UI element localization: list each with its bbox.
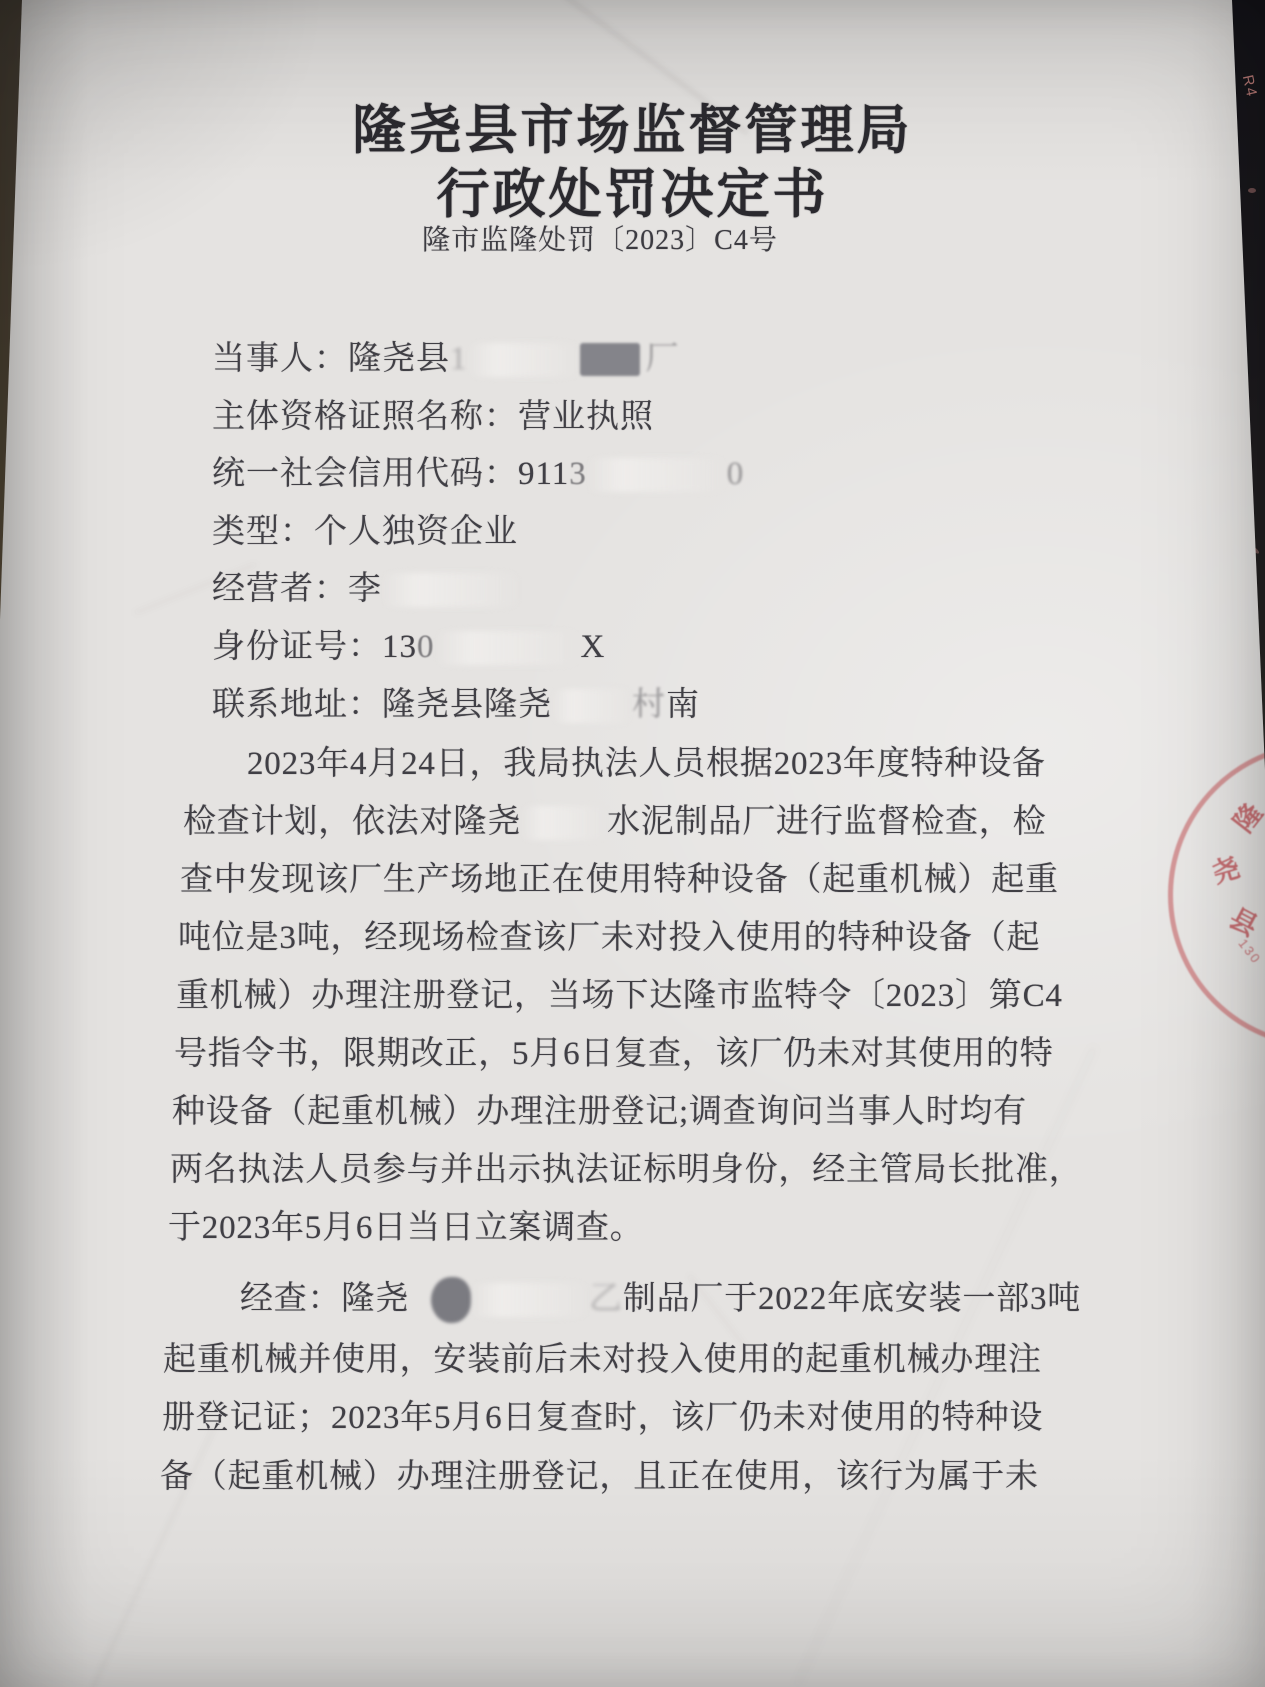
ghost-character: 厂 bbox=[646, 341, 680, 377]
ghost-character: 村 bbox=[632, 687, 666, 723]
ghost-digit: 0 bbox=[727, 456, 745, 492]
field-credit-code: 统一社会信用代码：91130 bbox=[212, 447, 744, 494]
field-party-value: 隆尧县 bbox=[348, 341, 450, 377]
body-line: 两名执法人员参与并出示执法证标明身份，经主管局长批准， bbox=[170, 1143, 1083, 1190]
body-line: 备（起重机械）办理注册登记，且正在使用，该行为属于未 bbox=[160, 1450, 1039, 1497]
field-credit-label: 统一社会信用代码： bbox=[212, 456, 518, 492]
document-title-line2: 行政处罚决定书 bbox=[0, 152, 1265, 228]
field-address-label: 联系地址： bbox=[212, 687, 382, 723]
paper-document: 隆尧县市场监督管理局 行政处罚决定书 隆市监隆处罚〔2023〕C4号 当事人：隆… bbox=[0, 0, 1265, 1687]
faded-digit: 3 bbox=[569, 456, 587, 492]
field-type-label: 类型： bbox=[212, 514, 314, 550]
field-operator-label: 经营者： bbox=[212, 571, 348, 607]
body-line: 重机械）办理注册登记，当场下达隆市监特令〔2023〕第C4 bbox=[176, 969, 1063, 1016]
field-operator-value: 李 bbox=[348, 571, 382, 607]
redaction-smudge bbox=[552, 689, 632, 723]
body-line: 册登记证；2023年5月6日复查时，该厂仍未对使用的特种设 bbox=[162, 1391, 1043, 1438]
field-id-label: 身份证号： bbox=[212, 629, 382, 665]
body-line-post: 水泥制品厂进行监督检查，检 bbox=[607, 804, 1046, 840]
body-line-pre: 经查：隆尧 bbox=[240, 1281, 409, 1317]
photo-of-document: R4 隆尧县市场监督管理局 行政处罚决定书 隆市监隆处罚〔2023〕C4号 当事… bbox=[0, 0, 1265, 1687]
field-credit-value: 911 bbox=[518, 456, 569, 492]
redaction-smudge bbox=[471, 1283, 589, 1317]
ghost-character: 乙 bbox=[589, 1281, 623, 1317]
body-line: 2023年4月24日，我局执法人员根据2023年度特种设备 bbox=[247, 737, 1046, 784]
document-number: 隆市监隆处罚〔2023〕C4号 bbox=[0, 218, 1200, 258]
background-dot bbox=[1248, 188, 1256, 193]
field-license-label: 主体资格证照名称： bbox=[212, 399, 518, 435]
field-type-value: 个人独资企业 bbox=[314, 514, 518, 550]
body-line: 经查：隆尧乙制品厂于2022年底安装一部3吨 bbox=[240, 1272, 1081, 1323]
body-line: 种设备（起重机械）办理注册登记;调查询问当事人时均有 bbox=[172, 1085, 1027, 1132]
field-id-number: 身份证号：130X bbox=[212, 620, 605, 667]
field-party-label: 当事人： bbox=[212, 341, 348, 377]
redaction-smudge bbox=[468, 343, 580, 377]
field-address: 联系地址：隆尧县隆尧村南 bbox=[212, 678, 700, 725]
body-line: 检查计划，依法对隆尧水泥制品厂进行监督检查，检 bbox=[183, 795, 1046, 842]
redaction-smudge bbox=[435, 631, 581, 665]
body-line: 于2023年5月6日当日立案调查。 bbox=[168, 1201, 644, 1248]
redaction-smudge bbox=[521, 806, 607, 840]
faded-digit: 0 bbox=[417, 629, 435, 665]
redaction-smudge bbox=[587, 458, 727, 492]
field-license: 主体资格证照名称：营业执照 bbox=[212, 390, 654, 437]
redacted-stroke: 1 bbox=[450, 341, 468, 377]
body-line: 号指令书，限期改正，5月6日复查，该厂仍未对其使用的特 bbox=[174, 1027, 1054, 1074]
body-line: 起重机械并使用，安装前后未对投入使用的起重机械办理注 bbox=[163, 1333, 1042, 1380]
field-party: 当事人：隆尧县1厂 bbox=[212, 332, 680, 379]
body-line-post: 制品厂于2022年底安装一部3吨 bbox=[623, 1281, 1081, 1317]
field-id-tail: X bbox=[581, 629, 606, 665]
field-license-value: 营业执照 bbox=[518, 399, 654, 435]
official-seal-ring bbox=[1168, 742, 1265, 1048]
field-type: 类型：个人独资企业 bbox=[212, 505, 518, 552]
body-line-pre: 检查计划，依法对隆尧 bbox=[183, 804, 521, 840]
redaction-box bbox=[580, 343, 640, 376]
redaction-blob bbox=[431, 1277, 471, 1323]
body-line: 查中发现该厂生产场地正在使用特种设备（起重机械）起重 bbox=[180, 853, 1059, 900]
body-line: 吨位是3吨，经现场检查该厂未对投入使用的特种设备（起 bbox=[178, 911, 1040, 958]
field-address-tail: 南 bbox=[666, 687, 700, 723]
field-address-value: 隆尧县隆尧 bbox=[382, 687, 552, 723]
redaction-smudge bbox=[382, 573, 520, 607]
field-id-value: 13 bbox=[382, 629, 417, 665]
field-operator: 经营者：李 bbox=[212, 562, 520, 609]
